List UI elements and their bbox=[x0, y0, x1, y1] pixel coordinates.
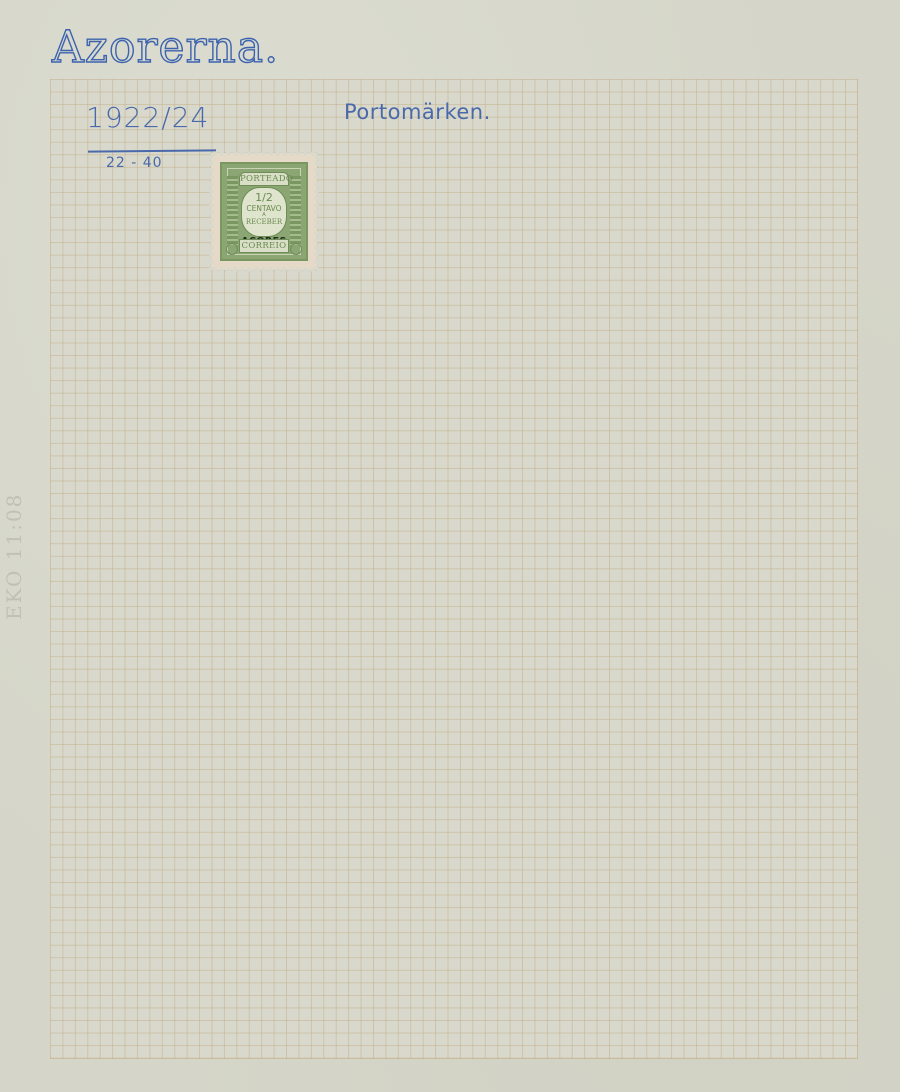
margin-imprint: EKO 11:08 bbox=[2, 493, 26, 620]
stamp-category: Portomärken. bbox=[344, 100, 491, 124]
stamp-receber: RECEBER bbox=[242, 218, 286, 226]
stamp-design: PORTEADO 1/2 CENTAVO A RECEBER AÇORES CO… bbox=[220, 162, 308, 261]
stamp-top-label: PORTEADO bbox=[239, 172, 289, 186]
album-page: Azorerna. 1922/24 22 - 40 Portomärken. E… bbox=[0, 0, 900, 1092]
stamp-ornament-right bbox=[290, 176, 301, 245]
scroll-ornament-icon bbox=[226, 243, 238, 255]
stamp-value-tablet: 1/2 CENTAVO A RECEBER bbox=[241, 187, 287, 237]
graph-paper-grid bbox=[50, 79, 858, 1059]
catalog-numbers: 22 - 40 bbox=[106, 155, 163, 171]
postage-due-stamp[interactable]: PORTEADO 1/2 CENTAVO A RECEBER AÇORES CO… bbox=[211, 153, 317, 270]
year-range: 1922/24 bbox=[86, 104, 209, 132]
stamp-value: 1/2 bbox=[242, 192, 286, 204]
scroll-ornament-icon bbox=[290, 243, 302, 255]
perforation-top bbox=[211, 151, 317, 156]
stamp-ornament-left bbox=[227, 176, 238, 245]
perforation-left bbox=[209, 153, 214, 270]
perforation-bottom bbox=[211, 267, 317, 272]
perforation-right bbox=[314, 153, 319, 270]
stamp-bottom-label: CORREIO bbox=[239, 239, 289, 253]
page-title: Azorerna. bbox=[52, 26, 279, 70]
